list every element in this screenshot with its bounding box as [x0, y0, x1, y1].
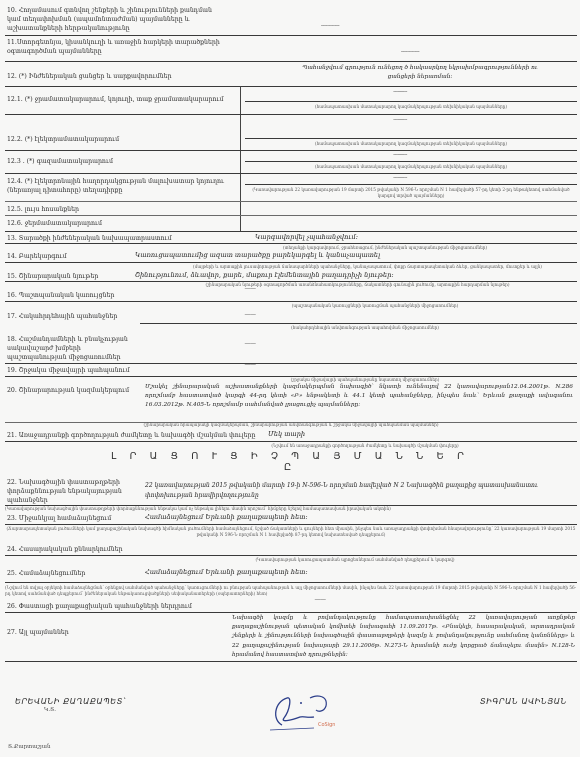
row-12-1-label: 12.1. (*) ջրամատակարարում, կոյուղի, տաք …: [7, 95, 237, 104]
mayor-title: ԵՐԵՎԱՆԻ ՔԱՂԱՔԱՊԵՏ՝: [15, 697, 125, 706]
row-16-label: 16. Պաշտպանական կառույցներ: [7, 291, 187, 300]
row-26-label: 26. Փաստացի քաղաքացիական պահանջների ներդ…: [7, 602, 237, 611]
row-12-2-value: ---------: [370, 116, 430, 123]
divider: [5, 612, 577, 613]
row-10-label: 10. Հողամասում գտնվող շենքերի և շինությո…: [7, 6, 227, 33]
executor-name: Տ.Քարտաշյան: [8, 744, 50, 750]
divider: [5, 582, 577, 583]
row-15-value: Շինությունում, ձևավոր, քարե, մաքուր էլեմ…: [135, 271, 555, 281]
divider: [5, 524, 577, 525]
row-27-value: Նախագծի կազմը և բովանդակությունը համապատ…: [232, 614, 575, 660]
row-22-note: (Կառավարության նախագծային փաստաթղթերի փո…: [5, 506, 577, 512]
row-20-label: 20. Շինարարության կազմակերպում: [7, 386, 137, 395]
row-12-3-note: (համապատասխան մատակարարող կազմակերպությա…: [245, 164, 577, 170]
divider: [5, 555, 577, 556]
row-19-value: ——: [235, 361, 265, 368]
divider: [5, 201, 577, 202]
seal-label: Կ.Տ.: [44, 707, 56, 713]
divider: [245, 184, 577, 185]
row-21-value: Մեկ տարի: [268, 430, 388, 440]
section-title-additional-conditions: Լ Ր Ա Ց Ո Ւ Ց Ի Չ Պ Ա Յ Մ Ա Ն Ն Ե Ր Ը: [110, 451, 470, 473]
divider: [5, 262, 577, 263]
row-14-label: 14. Բարեկարգում: [7, 252, 127, 261]
row-22-value: 22 կառավարության 2015 թվականի մարտի 19-ի…: [145, 481, 575, 500]
row-12-4-note: (Կառավարության 22 կառավարության 19 մարտի…: [250, 187, 572, 199]
row-23-note: (Ճարտարապետական լուծումների կամ քաղաքաշի…: [5, 526, 577, 538]
divider: [245, 101, 577, 102]
row-24-note: (Կառավարության կառուցապատման պրոցեսներու…: [200, 557, 510, 563]
urban-development-assignment-page: 10. Հողամասում գտնվող շենքերի և շինությո…: [0, 0, 580, 757]
row-17-note: (հակահրդեհային անվտանգության ապահովման մ…: [200, 325, 530, 331]
row-12-1-value: ---------: [370, 88, 430, 95]
divider: [5, 215, 577, 216]
row-22-label: 22. Նախագծային փաստաթղթերի փորձաքննությա…: [7, 478, 137, 505]
row-20-value: Մշակել շինարարական աշխատանքների կազմակեր…: [145, 383, 573, 411]
row-14-note: (մայթերի և արտաքին լուսավորության ճանապա…: [160, 264, 575, 270]
row-12-4-value: ---------: [370, 174, 430, 181]
row-18-value: ——: [235, 340, 265, 347]
row-13-label: 13. Տարածքի ինժեներական նախապատրաստում: [7, 234, 237, 243]
signatory-name: ՏԻԳՐԱՆ ԱՎԻՆՅԱՆ: [480, 697, 567, 706]
row-17-value: ——: [235, 311, 265, 318]
divider: [5, 35, 577, 36]
divider: [5, 363, 577, 364]
signature-image: [252, 690, 342, 735]
row-16-value: ——: [235, 285, 265, 292]
row-16-note: (պաշտպանական կառույցների կառուցման պահան…: [210, 303, 540, 309]
cosign-stamp: CoSign: [318, 722, 335, 728]
row-14-value: Կառուցապատումից ազատ տարածքը բարեկարգել …: [135, 251, 555, 261]
row-26-value: ——: [305, 596, 335, 603]
divider: [5, 661, 577, 662]
row-23-value: Համաձայնեցում Երևանի քաղաքապետի հետ:: [145, 513, 575, 523]
row-11-label: 11.Ստորգետնյա, կիսանկուղի և առաջին հարկե…: [7, 38, 227, 56]
row-12-3-value: ---------: [370, 151, 430, 158]
row-12-3-label: 12.3 . (*) գազամատակարարում: [7, 157, 237, 166]
row-25-note: (Նշվում են տվյալ օբյեկտի համաձայնեցման՝ …: [5, 585, 577, 597]
row-21-note: (Նշվում են առաջադրանքի գործողության ժամկ…: [210, 443, 520, 449]
row-17-label: 17. Հակահրդեհային պահանջներ: [7, 312, 187, 321]
row-12-6-label: 12.6. ջերմամատակարարում: [7, 219, 237, 228]
row-10-value: ------------: [300, 22, 360, 29]
row-12-4-label: 12.4. (*) էլեկտրոնային հաղորդակցության մ…: [7, 177, 237, 195]
row-12-1-note: (համապատասխան մատակարարող կազմակերպությա…: [245, 104, 577, 110]
row-13-value: Կարգավորվել չպահանջվում:: [255, 233, 555, 243]
divider: [5, 301, 577, 302]
column-divider: [240, 86, 241, 231]
divider: [5, 231, 577, 232]
row-25-value: Համաձայնեցում Երևանի քաղաքապետի հետ:: [145, 568, 575, 578]
divider: [140, 323, 577, 324]
row-12-5-label: 12.5. լույս հոսանքներ: [7, 205, 237, 214]
divider: [5, 173, 577, 174]
row-20-note: (շինարարական հրապարակի կազմակերպման, շին…: [5, 422, 577, 428]
row-12-label: 12. (*) Ինժեներական ցանցեր և սարքավորում…: [7, 72, 227, 81]
row-18-label: 18. Հաշմանդամների և բնակչության սակավաշա…: [7, 335, 137, 362]
row-15-note: (շինարարական նյութերի օգտագործման առանձն…: [140, 282, 575, 288]
divider: [5, 441, 577, 442]
row-25-label: 25. Համաձայնեցումներ: [7, 569, 137, 578]
divider: [5, 86, 577, 87]
row-27-label: 27. Այլ պայմաններ: [7, 628, 137, 637]
row-11-value: ------------: [380, 48, 440, 55]
row-24-label: 24. Հասարակական քննարկումներ: [7, 545, 207, 554]
divider: [245, 138, 577, 139]
row-21-label: 21. Առաջադրանքի գործողության ժամկետը և ն…: [7, 431, 257, 440]
row-23-label: 23. Միջանկյալ համաձայնեցում: [7, 514, 137, 523]
divider: [5, 61, 577, 62]
row-12-2-label: 12.2. (*) էլեկտրամատակարարում: [7, 135, 237, 144]
row-12-2-note: (համապատասխան մատակարարող կազմակերպությա…: [245, 141, 577, 147]
row-15-label: 15. Շինարարական նյութեր: [7, 272, 127, 281]
divider: [5, 243, 577, 244]
divider: [245, 161, 577, 162]
divider: [5, 114, 577, 115]
row-12-value: Պահանջվում գրություն ունեցող ծ հակասրկող…: [300, 64, 540, 82]
row-19-label: 19. Շրջակա միջավայրի պահպանում: [7, 366, 187, 375]
divider: [5, 150, 577, 151]
